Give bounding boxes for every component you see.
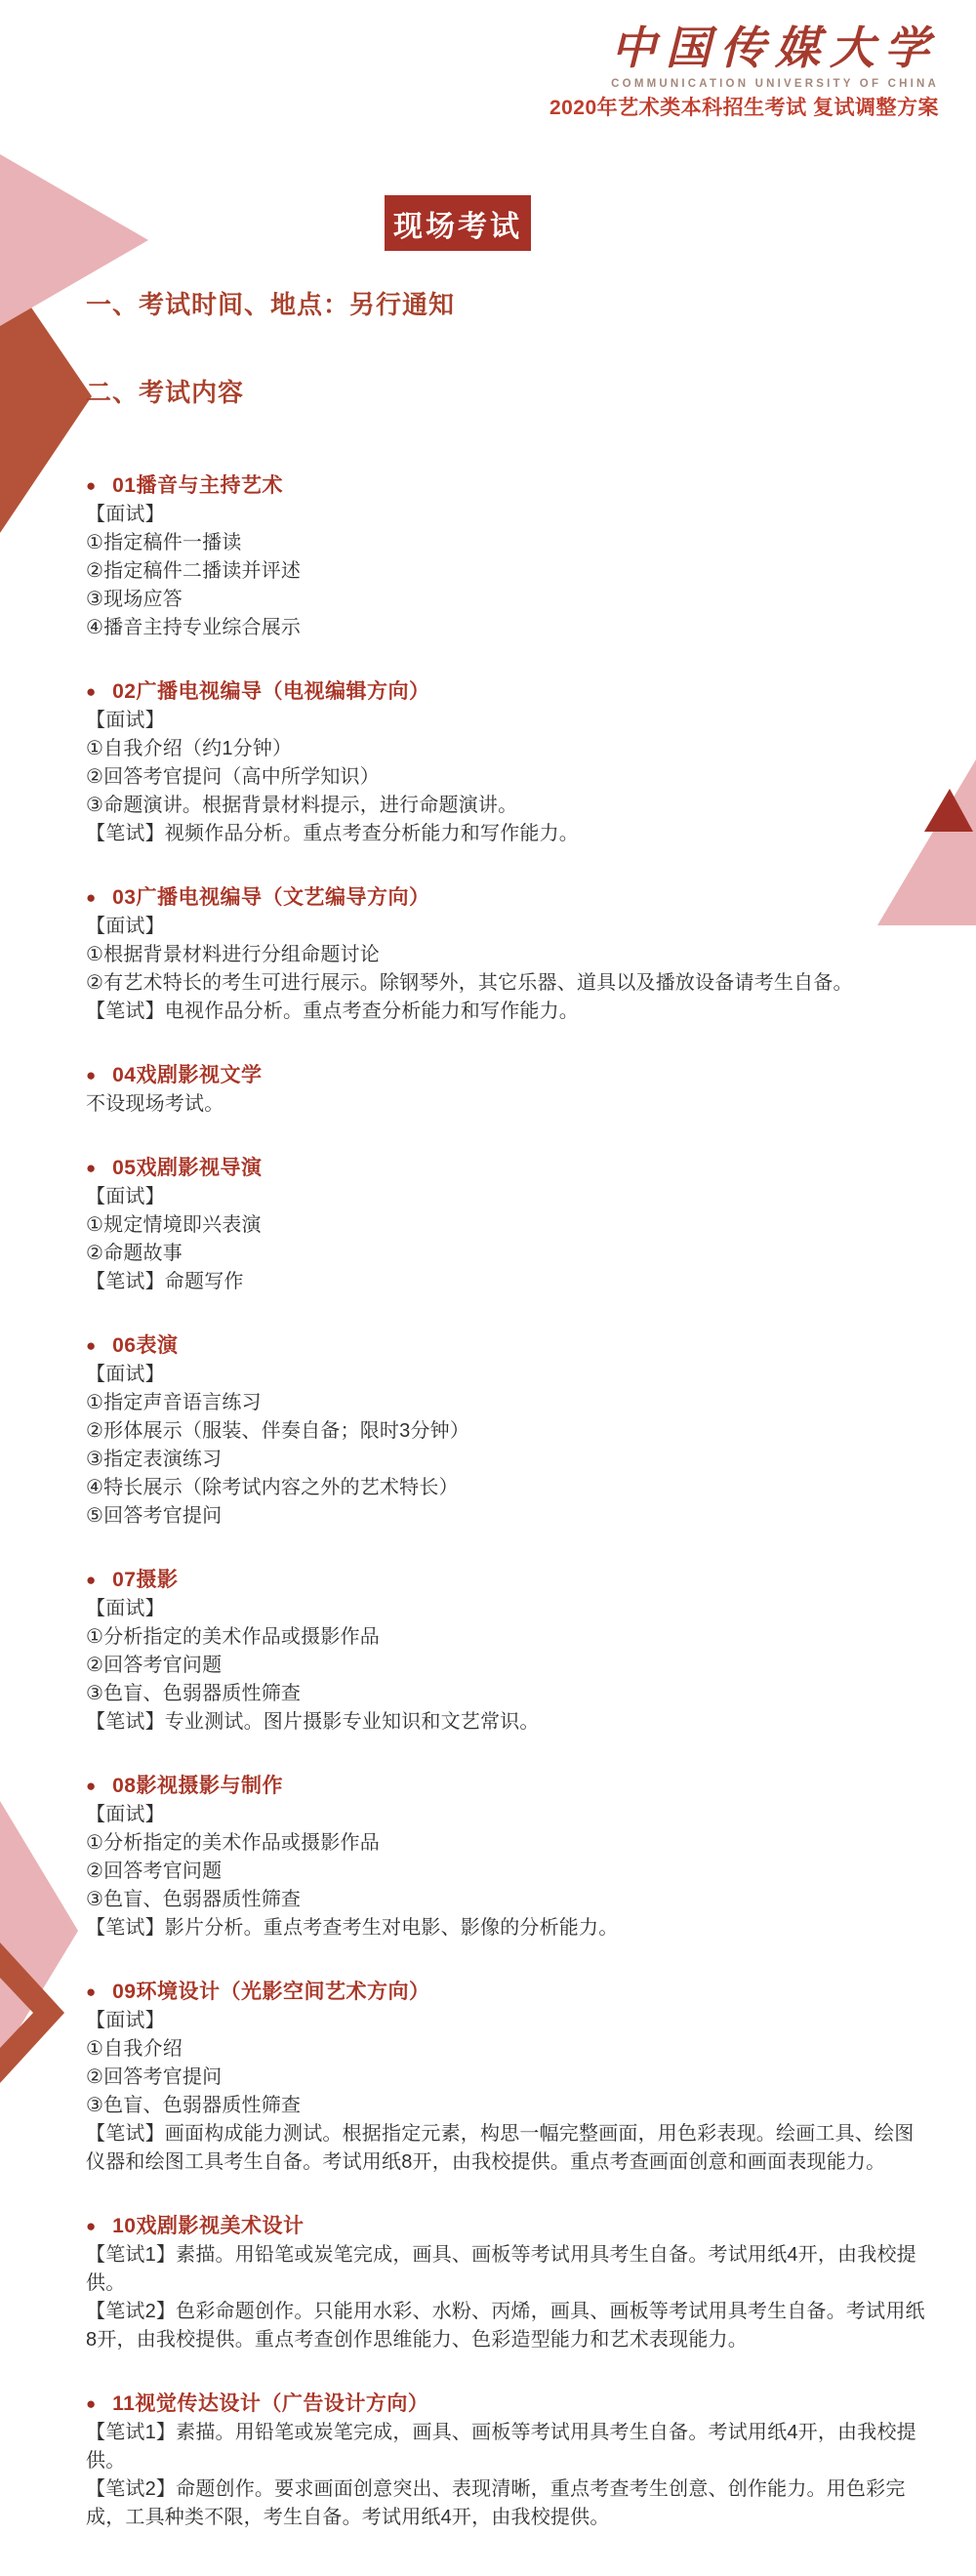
section-line: 【笔试2】色彩命题创作。只能用水彩、水粉、丙烯，画具、画板等考试用具考生自备。考… (86, 2298, 927, 2354)
section-title-text: 09环境设计（光影空间艺术方向） (112, 1981, 429, 2003)
section-line: 【笔试】影片分析。重点考查考生对电影、影像的分析能力。 (86, 1914, 927, 1942)
deco-dark-triangle-right (924, 789, 973, 832)
exam-section: ● 04戏剧影视文学 不设现场考试。 (86, 1061, 927, 1119)
section-line: 【笔试】专业测试。图片摄影专业知识和文艺常识。 (86, 1708, 927, 1737)
university-logo-en: COMMUNICATION UNIVERSITY OF CHINA (549, 79, 939, 91)
bullet-icon: ● (86, 1566, 97, 1594)
section-title-text: 10戏剧影视美术设计 (112, 2215, 304, 2237)
section-line: 【笔试】命题写作 (86, 1268, 927, 1296)
section-title-text: 11视觉传达设计（广告设计方向） (112, 2392, 428, 2415)
section-title-text: 03广播电视编导（文艺编导方向） (112, 886, 429, 909)
section-title: ● 07摄影 (86, 1566, 927, 1595)
bullet-icon: ● (86, 1772, 97, 1800)
section-line: 【面试】 (86, 1361, 927, 1389)
section-title: ● 01播音与主持艺术 (86, 471, 927, 501)
section-line: ③现场应答 (86, 586, 927, 614)
section-line: 【笔试】电视作品分析。重点考查分析能力和写作能力。 (86, 998, 927, 1026)
section-line: ①规定情境即兴表演 (86, 1211, 927, 1240)
section-line: 【笔试】视频作品分析。重点考查分析能力和写作能力。 (86, 820, 927, 848)
section-line: ①分析指定的美术作品或摄影作品 (86, 1829, 927, 1858)
section-line: ②回答考官问题 (86, 1858, 927, 1886)
section-line: 不设现场考试。 (86, 1090, 927, 1119)
section-line: ②回答考官提问（高中所学知识） (86, 763, 927, 792)
exam-section: ● 08影视摄影与制作 【面试】①分析指定的美术作品或摄影作品②回答考官问题③色… (86, 1772, 927, 1942)
section-title-text: 05戏剧影视导演 (112, 1157, 262, 1179)
section-line: ②回答考官提问 (86, 2064, 927, 2092)
exam-section: ● 10戏剧影视美术设计 【笔试1】素描。用铅笔或炭笔完成，画具、画板等考试用具… (86, 2212, 927, 2354)
section-title-text: 01播音与主持艺术 (112, 474, 283, 497)
heading-exam-content: 二、考试内容 (86, 373, 244, 409)
section-title: ● 10戏剧影视美术设计 (86, 2212, 927, 2241)
exam-section: ● 03广播电视编导（文艺编导方向） 【面试】①根据背景材料进行分组命题讨论②有… (86, 883, 927, 1026)
section-line: 【笔试2】命题创作。要求画面创意突出、表现清晰，重点考查考生创意、创作能力。用色… (86, 2475, 927, 2532)
deco-rust-chevron-bottom-left (0, 1942, 64, 2083)
section-line: ⑤回答考官提问 (86, 1502, 927, 1531)
section-title-text: 08影视摄影与制作 (112, 1775, 283, 1797)
deco-rust-diamond-top-left (0, 262, 92, 533)
bullet-icon: ● (86, 677, 97, 706)
section-line: ①指定声音语言练习 (86, 1389, 927, 1417)
section-title: ● 03广播电视编导（文艺编导方向） (86, 883, 927, 913)
section-title: ● 11视觉传达设计（广告设计方向） (86, 2390, 927, 2419)
section-title: ● 06表演 (86, 1331, 927, 1361)
section-title-text: 07摄影 (112, 1569, 178, 1591)
section-line: 【面试】 (86, 707, 927, 735)
university-logo-cn: 中国传媒大学 (549, 25, 939, 70)
bullet-icon: ● (86, 2390, 97, 2418)
section-line: ②回答考官问题 (86, 1652, 927, 1680)
exam-section: ● 06表演 【面试】①指定声音语言练习②形体展示（服装、伴奏自备；限时3分钟）… (86, 1331, 927, 1531)
section-line: 【笔试1】素描。用铅笔或炭笔完成，画具、画板等考试用具考生自备。考试用纸4开，由… (86, 2241, 927, 2298)
exam-section: ● 11视觉传达设计（广告设计方向） 【笔试1】素描。用铅笔或炭笔完成，画具、画… (86, 2390, 927, 2532)
section-line: ④播音主持专业综合展示 (86, 614, 927, 642)
section-line: 【面试】 (86, 1183, 927, 1211)
section-line: 【面试】 (86, 913, 927, 941)
bullet-icon: ● (86, 883, 97, 912)
section-title: ● 05戏剧影视导演 (86, 1154, 927, 1183)
section-line: 【面试】 (86, 1801, 927, 1829)
section-line: 【笔试】画面构成能力测试。根据指定元素，构思一幅完整画面，用色彩表现。绘画工具、… (86, 2120, 927, 2177)
bullet-icon: ● (86, 471, 97, 500)
section-line: ②指定稿件二播读并评述 (86, 557, 927, 586)
section-line: ②有艺术特长的考生可进行展示。除钢琴外，其它乐器、道具以及播放设备请考生自备。 (86, 969, 927, 998)
section-line: ③色盲、色弱器质性筛查 (86, 1680, 927, 1708)
section-title-text: 02广播电视编导（电视编辑方向） (112, 680, 429, 703)
doc-subtitle: 2020年艺术类本科招生考试 复试调整方案 (549, 98, 939, 118)
exam-section: ● 07摄影 【面试】①分析指定的美术作品或摄影作品②回答考官问题③色盲、色弱器… (86, 1566, 927, 1737)
section-line: 【面试】 (86, 501, 927, 529)
section-line: ①自我介绍（约1分钟） (86, 735, 927, 763)
bullet-icon: ● (86, 1061, 97, 1089)
section-line: ③色盲、色弱器质性筛查 (86, 2092, 927, 2120)
deco-pink-triangle-bottom-left (0, 1801, 78, 2060)
bullet-icon: ● (86, 2212, 97, 2240)
bullet-icon: ● (86, 1154, 97, 1182)
exam-section: ● 01播音与主持艺术 【面试】①指定稿件一播读②指定稿件二播读并评述③现场应答… (86, 471, 927, 642)
section-title-text: 06表演 (112, 1334, 178, 1357)
section-line: 【面试】 (86, 1595, 927, 1623)
section-line: ②命题故事 (86, 1240, 927, 1268)
section-line: 【笔试1】素描。用铅笔或炭笔完成，画具、画板等考试用具考生自备。考试用纸4开，由… (86, 2419, 927, 2475)
section-line: ④特长展示（除考试内容之外的艺术特长） (86, 1474, 927, 1502)
section-line: ①根据背景材料进行分组命题讨论 (86, 941, 927, 969)
section-line: ③命题演讲。根据背景材料提示，进行命题演讲。 (86, 792, 927, 820)
heading-exam-time-location: 一、考试时间、地点：另行通知 (86, 285, 455, 321)
bullet-icon: ● (86, 1331, 97, 1360)
bullet-icon: ● (86, 1978, 97, 2006)
section-title: ● 08影视摄影与制作 (86, 1772, 927, 1801)
section-title: ● 09环境设计（光影空间艺术方向） (86, 1978, 927, 2007)
exam-section: ● 05戏剧影视导演 【面试】①规定情境即兴表演②命题故事【笔试】命题写作 (86, 1154, 927, 1296)
section-line: ②形体展示（服装、伴奏自备；限时3分钟） (86, 1417, 927, 1446)
section-title-text: 04戏剧影视文学 (112, 1064, 262, 1086)
section-title: ● 04戏剧影视文学 (86, 1061, 927, 1090)
exam-section: ● 02广播电视编导（电视编辑方向） 【面试】①自我介绍（约1分钟）②回答考官提… (86, 677, 927, 848)
page: { "header": { "logo_cn": "中国传媒大学", "logo… (0, 0, 976, 2576)
section-line: 【面试】 (86, 2007, 927, 2035)
exam-section: ● 09环境设计（光影空间艺术方向） 【面试】①自我介绍②回答考官提问③色盲、色… (86, 1978, 927, 2177)
section-title: ● 02广播电视编导（电视编辑方向） (86, 677, 927, 707)
section-line: ③色盲、色弱器质性筛查 (86, 1886, 927, 1914)
university-logo: 中国传媒大学 COMMUNICATION UNIVERSITY OF CHINA… (549, 25, 939, 118)
section-line: ①指定稿件一播读 (86, 529, 927, 557)
exam-sections: ● 01播音与主持艺术 【面试】①指定稿件一播读②指定稿件二播读并评述③现场应答… (86, 471, 927, 2567)
section-line: ③指定表演练习 (86, 1446, 927, 1474)
onsite-exam-banner: 现场考试 (385, 195, 531, 251)
section-line: ①自我介绍 (86, 2035, 927, 2064)
section-line: ①分析指定的美术作品或摄影作品 (86, 1623, 927, 1652)
